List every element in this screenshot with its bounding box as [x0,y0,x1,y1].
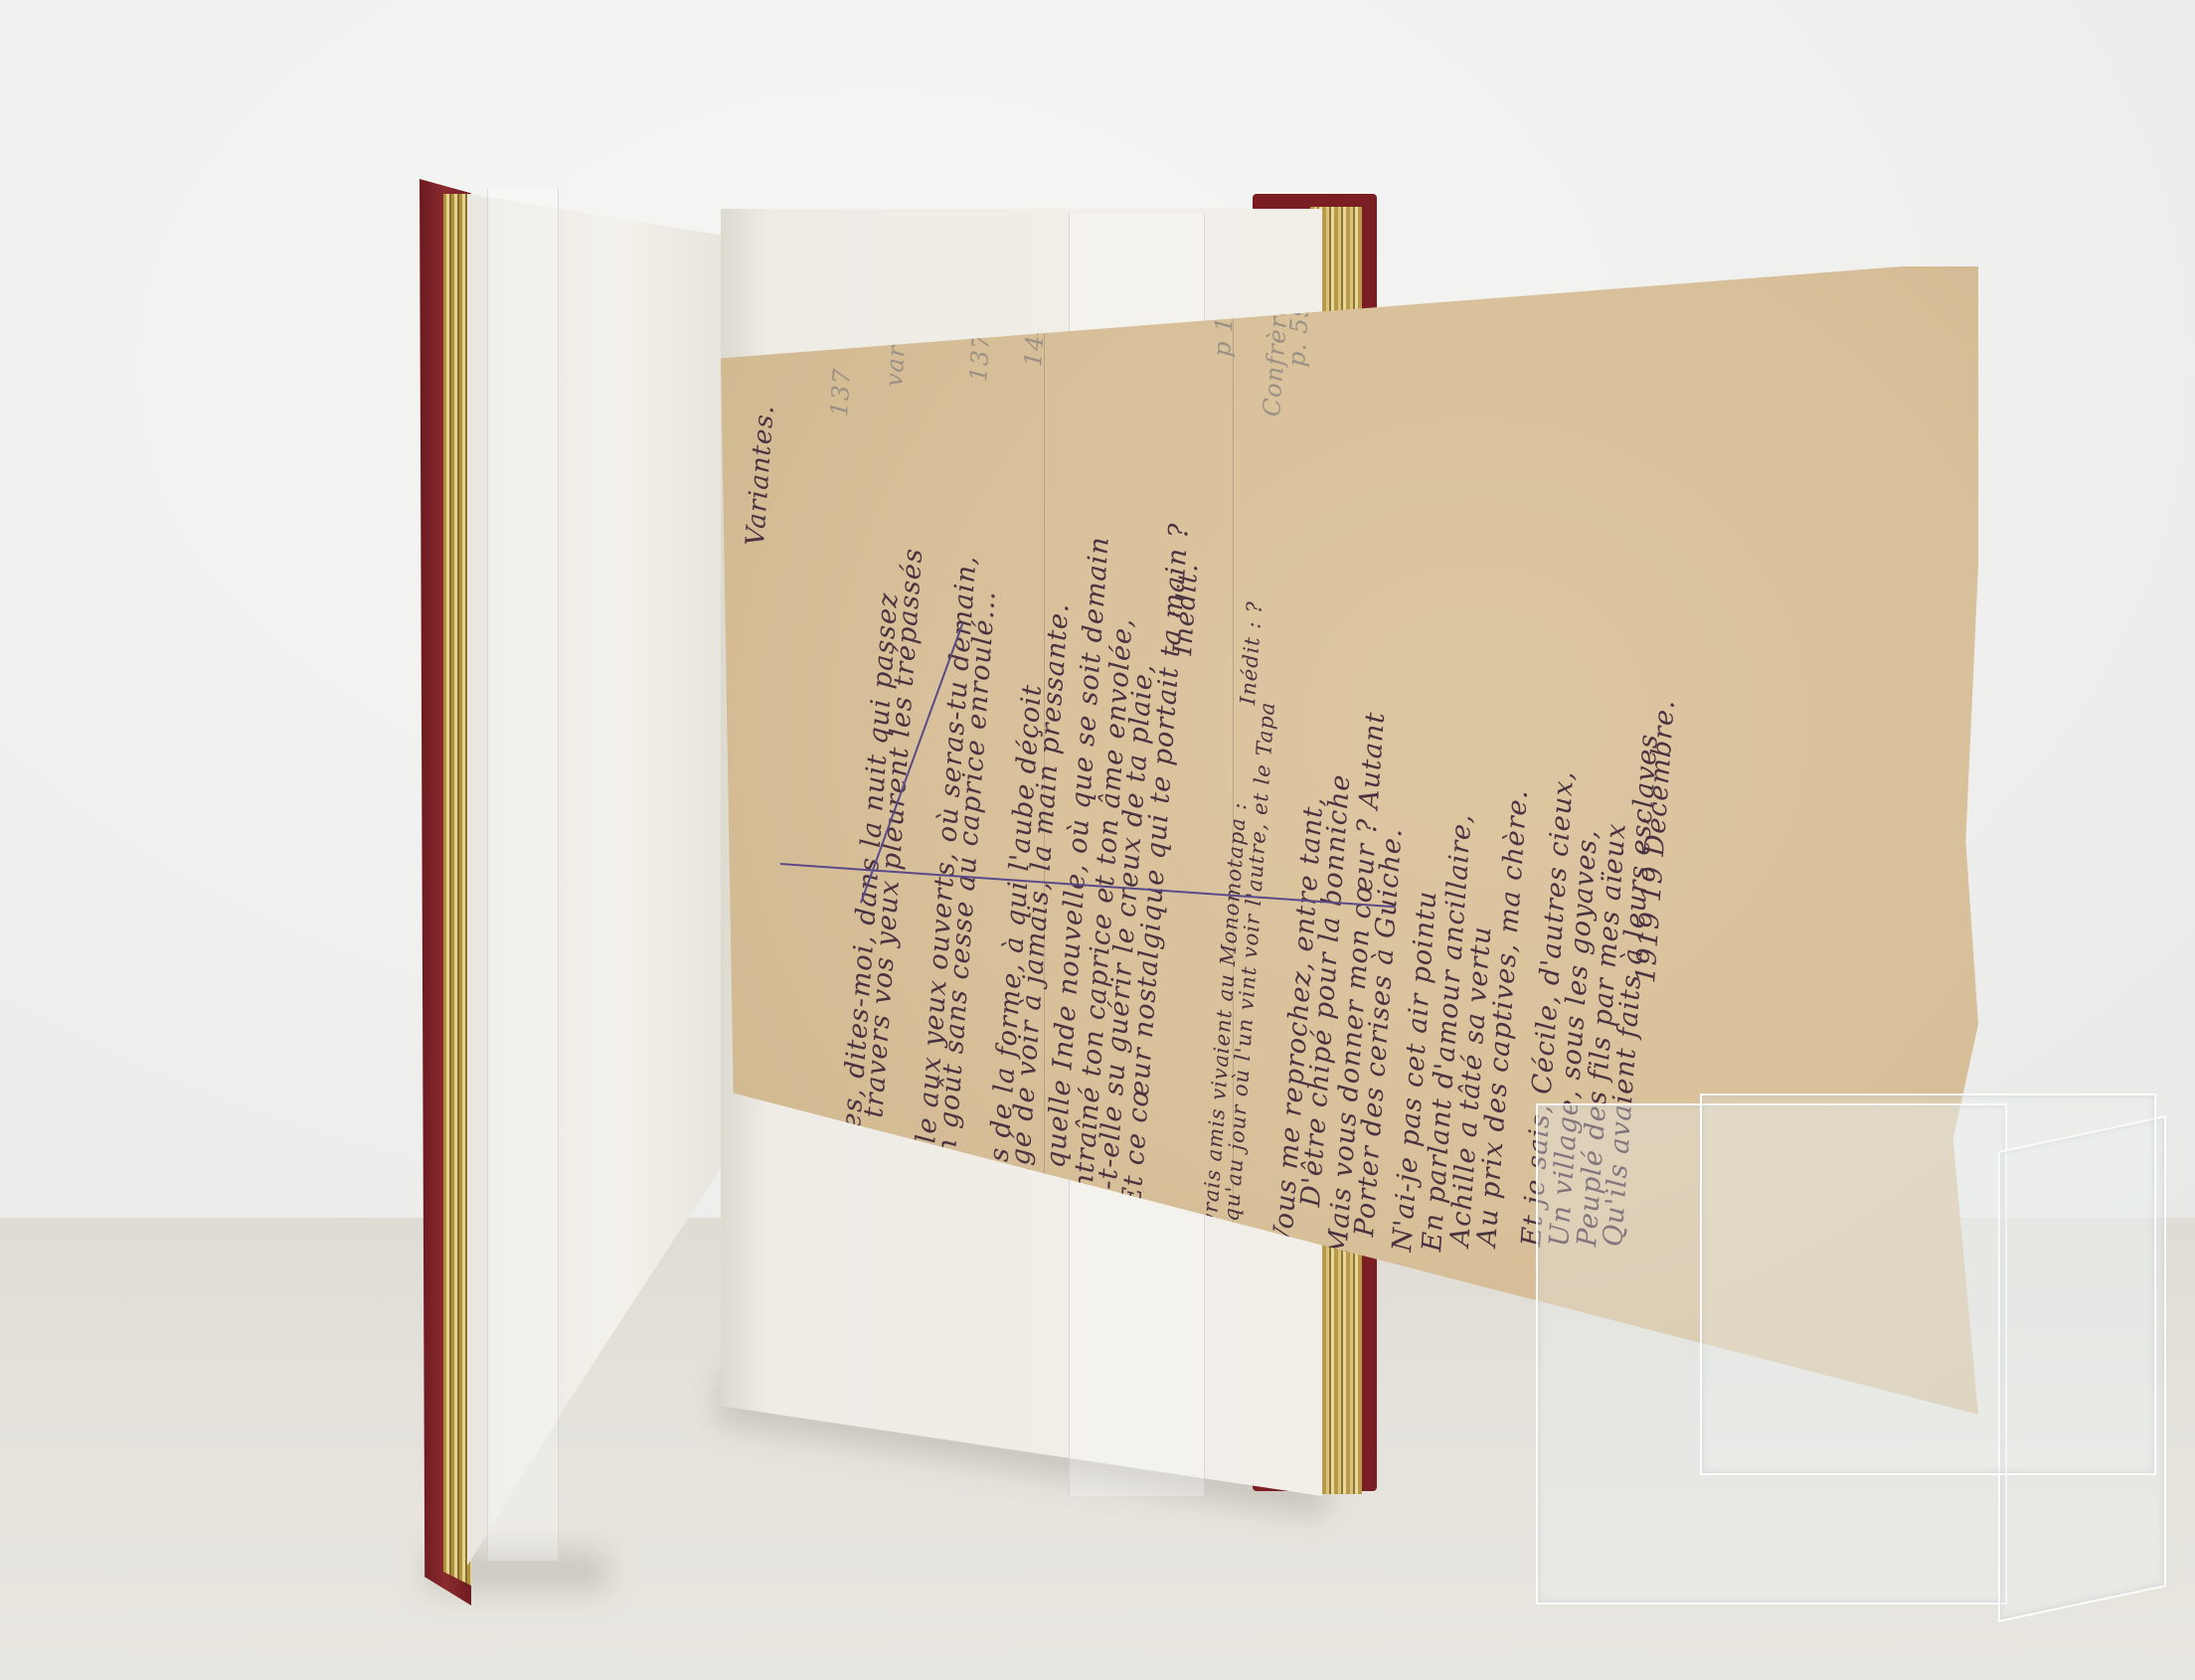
manuscript-heading: Variantes. [741,404,780,547]
gilt-page-edges-left [443,194,471,1586]
acrylic-stand-back [1700,1093,2156,1475]
mylar-strip-left [487,189,559,1561]
inedit-label: Inédit. [1168,562,1204,656]
inedit-query: Inédit : ? [1236,600,1266,706]
page-ref-137: 137 [825,367,856,418]
page-ref-137: 137 [964,332,995,383]
